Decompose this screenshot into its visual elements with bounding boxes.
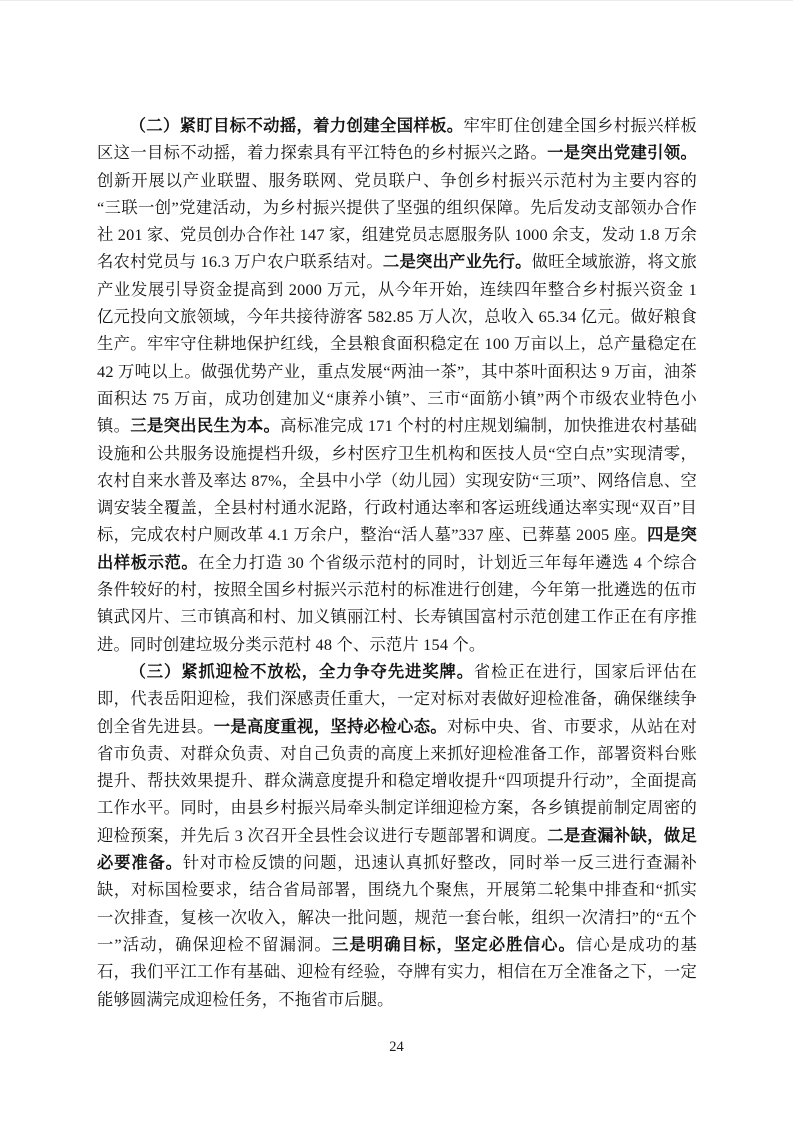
- paragraph: （二）紧盯目标不动摇，着力创建全国样板。牢牢盯住创建全国乡村振兴样板区这一目标不…: [97, 112, 697, 658]
- document-page: （二）紧盯目标不动摇，着力创建全国样板。牢牢盯住创建全国乡村振兴样板区这一目标不…: [0, 0, 793, 1122]
- paragraph: （三）紧抓迎检不放松，全力争夺先进奖牌。省检正在进行，国家后评估在即，代表岳阳迎…: [97, 658, 697, 1013]
- bold-text-run: （三）紧抓迎检不放松，全力争夺先进奖牌。: [130, 662, 474, 681]
- bold-text-run: 一是高度重视，坚持必检心态。: [214, 717, 447, 736]
- bold-text-run: 三是突出民生为本。: [130, 416, 280, 435]
- text-run: 做旺全域旅游，将文旅产业发展引导资金提高到 2000 万元，从今年开始，连续四年…: [97, 252, 697, 435]
- bold-text-run: 一是突出党建引领。: [547, 143, 697, 162]
- bold-text-run: 二是突出产业先行。: [383, 252, 532, 271]
- document-body: （二）紧盯目标不动摇，着力创建全国样板。牢牢盯住创建全国乡村振兴样板区这一目标不…: [97, 112, 697, 1013]
- bold-text-run: （二）紧盯目标不动摇，着力创建全国样板。: [130, 116, 464, 135]
- page-number: 24: [0, 1037, 793, 1057]
- bold-text-run: 三是明确目标，坚定必胜信心。: [332, 935, 576, 954]
- text-run: 高标准完成 171 个村的村庄规划编制，加快推进农村基础设施和公共服务设施提档升…: [97, 416, 697, 544]
